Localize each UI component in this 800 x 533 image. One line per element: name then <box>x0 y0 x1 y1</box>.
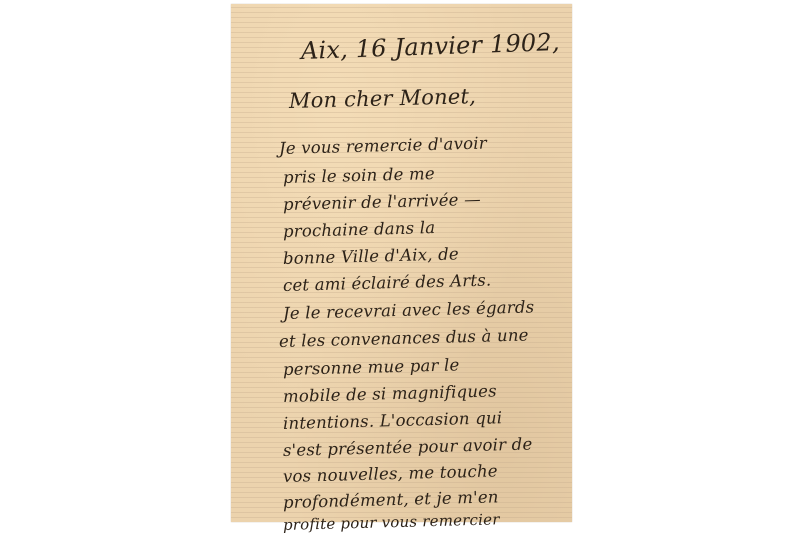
salutation: Mon cher Monet, <box>289 84 477 113</box>
body-line-13: vos nouvelles, me touche <box>283 461 498 486</box>
body-line-7: Je le recevrai avec les égards <box>283 297 535 323</box>
place-date-heading: Aix, 16 Janvier 1902, <box>301 28 561 65</box>
body-line-6: cet ami éclairé des Arts. <box>283 271 492 295</box>
body-line-12: s'est présentée pour avoir de <box>283 434 533 460</box>
body-line-10: mobile de si magnifiques <box>283 381 497 406</box>
body-line-11: intentions. L'occasion qui <box>283 408 503 433</box>
image-stage: Aix, 16 Janvier 1902, Mon cher Monet, Je… <box>0 0 800 533</box>
body-line-9: personne mue par le <box>283 355 460 379</box>
letter-page: Aix, 16 Janvier 1902, Mon cher Monet, Je… <box>231 4 572 522</box>
body-line-3: prévenir de l'arrivée — <box>283 190 481 214</box>
body-line-15: profite pour vous remercier <box>283 510 500 533</box>
body-line-4: prochaine dans la <box>283 218 436 241</box>
body-line-2: pris le soin de me <box>283 164 435 187</box>
body-line-1: Je vous remercie d'avoir <box>279 134 487 158</box>
body-line-5: bonne Ville d'Aix, de <box>283 244 459 268</box>
body-line-8: et les convenances dus à une <box>279 325 529 351</box>
body-line-14: profondément, et je m'en <box>283 487 499 512</box>
